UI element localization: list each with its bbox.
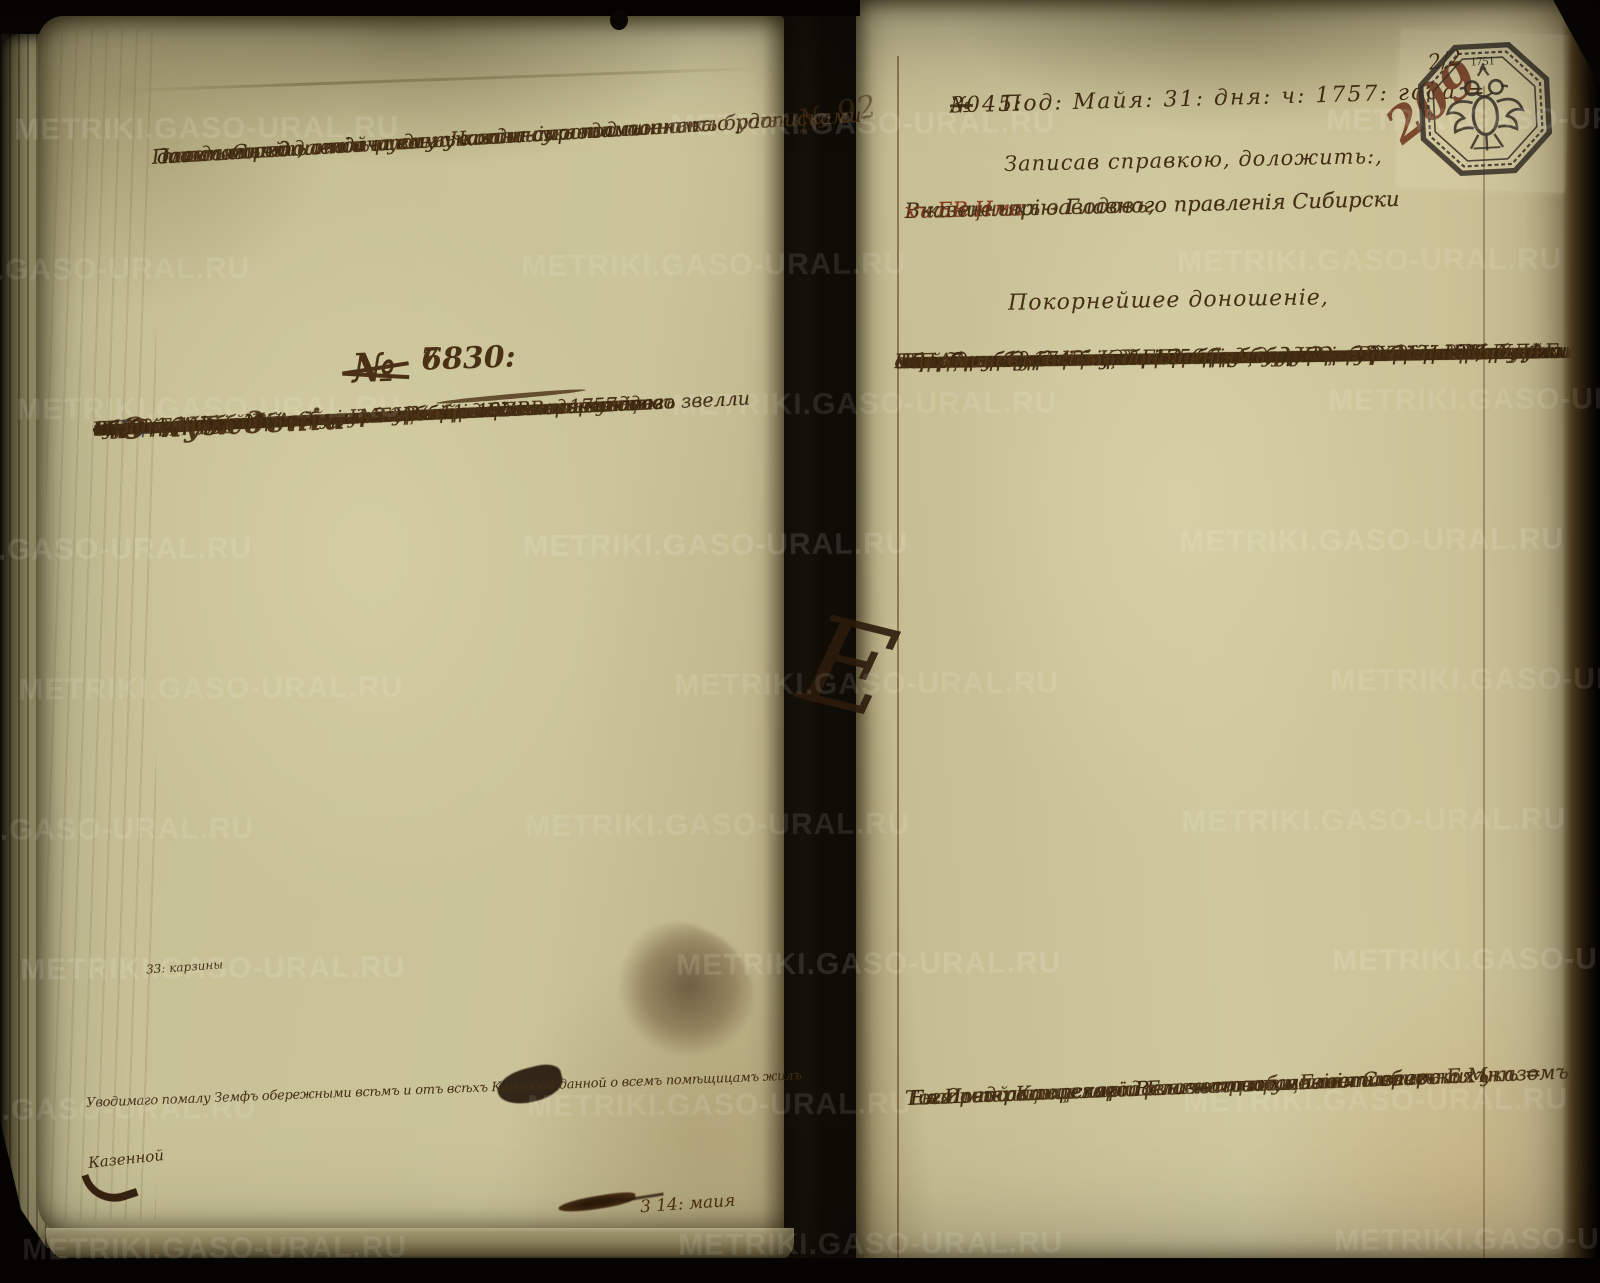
- manuscript-scan: Посем опредѣленіи отдачѣ копіиномъ подли…: [0, 0, 1600, 1283]
- crossed-out-numero: №: [351, 344, 396, 392]
- top-border: [0, 0, 860, 16]
- bottom-border: [0, 1258, 1600, 1283]
- left-page-creases: [46, 30, 156, 1220]
- right-page-margin-rule-left: [897, 56, 899, 1264]
- document-number: 3045:: [950, 91, 1024, 118]
- left-page-case-number-heading: №6830:7: [351, 343, 422, 392]
- eagle-stamp-icon: 1751: [1414, 37, 1555, 182]
- case-number-superscript: 7: [421, 342, 439, 372]
- text-segment: тамѣ Слѣд.,: [160, 128, 305, 176]
- text-segment: и Аминевъ, всѣмъ доношеніямъ: [918, 335, 1265, 381]
- bottom-page-stack-edge: [46, 1228, 794, 1262]
- stamp-year: 1751: [1470, 53, 1495, 68]
- ink-dot: [610, 10, 628, 30]
- right-book-edge: [1562, 0, 1600, 1283]
- text-segment: казенныхъ заводовъ,: [920, 182, 1155, 235]
